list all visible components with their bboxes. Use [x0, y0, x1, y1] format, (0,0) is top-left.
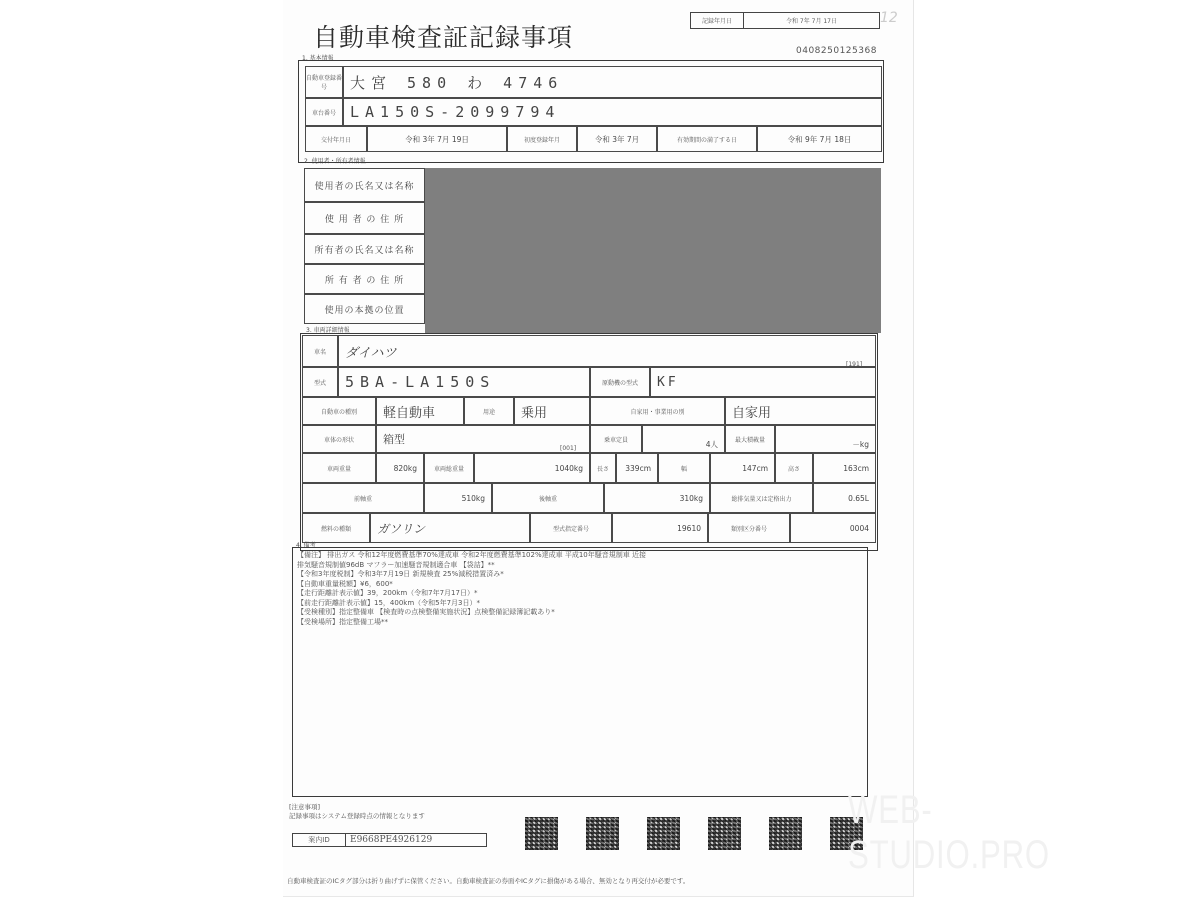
category-label: 類別区分番号 — [708, 513, 790, 543]
qr-code-icon — [525, 817, 558, 850]
registration-number: 大宮 580 わ 4746 — [343, 66, 882, 98]
remark-line: 【受検場所】指定整備工場** — [297, 618, 863, 628]
qr-code-icon — [586, 817, 619, 850]
guide-id-box: 案内ID E9668PE4926129 — [292, 833, 487, 847]
chassis-number-label: 車台番号 — [305, 98, 343, 126]
qr-code-icon — [647, 817, 680, 850]
notes-block: [注意事項] 記録事項はシステム登録時点の情報となります — [289, 803, 425, 821]
width-label: 幅 — [658, 453, 710, 483]
gross-weight: 1040kg — [474, 453, 590, 483]
record-date-label: 記録年月日 — [691, 13, 744, 28]
engine-model: KF — [650, 367, 876, 397]
redacted-personal-info — [425, 168, 881, 333]
body-shape: 箱型 — [376, 425, 590, 453]
remark-line: 【備注】 排出ガス 令和12年度燃費基準70%達成車 令和2年度燃費基準102%… — [297, 551, 863, 561]
remark-line: 【前走行距離計表示値】15，400km（令和5年7月3日）* — [297, 599, 863, 609]
front-axle: 510kg — [424, 483, 492, 513]
document-title: 自動車検査証記録事項 — [313, 18, 573, 54]
type-designation-label: 型式指定番号 — [530, 513, 612, 543]
model-label: 型式 — [302, 367, 338, 397]
capacity-label: 乗車定員 — [590, 425, 642, 453]
body-shape-code: [001] — [560, 445, 576, 452]
remark-line: 排気騒音規制値96dB マフラー加速騒音規制適合車 【袋詰】** — [297, 561, 863, 571]
engine-model-label: 原動機の型式 — [590, 367, 650, 397]
displacement: 0.65L — [813, 483, 876, 513]
remark-line: 【走行距離計表示値】39，200km（令和7年7月17日）* — [297, 589, 863, 599]
max-load: －kg — [775, 425, 876, 453]
notes-line: 記録事項はシステム登録時点の情報となります — [289, 812, 425, 821]
base-location-label: 使用の本拠の位置 — [304, 294, 425, 324]
capacity: 4人 — [642, 425, 725, 453]
category: 0004 — [790, 513, 876, 543]
gross-weight-label: 車両総重量 — [424, 453, 474, 483]
remarks-box: 【備注】 排出ガス 令和12年度燃費基準70%達成車 令和2年度燃費基準102%… — [292, 547, 868, 797]
maker-label: 車名 — [302, 335, 338, 367]
document-number: 0408250125368 — [796, 46, 877, 56]
expiry-date: 令和 9年 7月 18日 — [757, 126, 882, 152]
qr-code-icon — [708, 817, 741, 850]
owner-name-label: 所有者の氏名又は名称 — [304, 234, 425, 264]
margin-scribble: 12 — [880, 10, 898, 26]
max-load-label: 最大積載量 — [725, 425, 775, 453]
displacement-label: 総排気量又は定格出力 — [710, 483, 813, 513]
first-registration-label: 初度登録年月 — [507, 126, 577, 152]
height: 163cm — [813, 453, 876, 483]
vehicle-type: 軽自動車 — [376, 397, 464, 425]
rear-axle: 310kg — [604, 483, 710, 513]
rear-axle-label: 後軸重 — [492, 483, 604, 513]
model: 5BA-LA150S — [338, 367, 590, 397]
owner-address-label: 所 有 者 の 住 所 — [304, 264, 425, 294]
maker: ダイハツ — [338, 335, 876, 367]
type-designation: 19610 — [612, 513, 708, 543]
watermark: WEB-STUDIO.PRO — [848, 788, 1123, 878]
width: 147cm — [710, 453, 775, 483]
registration-number-label: 自動車登録番号 — [305, 66, 343, 98]
length: 339cm — [616, 453, 658, 483]
remark-line: 【受検種別】指定整備車 【検査時の点検整備実施状況】点検整備記録簿記載あり* — [297, 608, 863, 618]
remark-line: 【自動車重量税額】¥6，600* — [297, 580, 863, 590]
private-business: 自家用 — [725, 397, 876, 425]
vehicle-type-label: 自動車の種別 — [302, 397, 376, 425]
section-user-owner-heading: 2. 使用者・所有者情報 — [304, 156, 366, 165]
qr-code-icon — [769, 817, 802, 850]
user-address-label: 使 用 者 の 住 所 — [304, 202, 425, 234]
chassis-number: LA150S-2099794 — [343, 98, 882, 126]
body-shape-label: 車体の形状 — [302, 425, 376, 453]
issue-date-label: 交付年月日 — [305, 126, 367, 152]
private-business-label: 自家用・事業用の別 — [590, 397, 725, 425]
guide-id-value: E9668PE4926129 — [346, 834, 486, 846]
guide-id-label: 案内ID — [293, 834, 346, 846]
expiry-label: 有効期間の満了する日 — [657, 126, 757, 152]
remark-line: 【令和3年度税制】令和3年7月19日 新規検査 25%減税措置済み* — [297, 570, 863, 580]
use: 乗用 — [514, 397, 590, 425]
use-label: 用途 — [464, 397, 514, 425]
record-date-value: 令和 7年 7月 17日 — [744, 13, 879, 28]
length-label: 長さ — [590, 453, 616, 483]
notes-heading: [注意事項] — [289, 803, 425, 812]
fuel: ガソリン — [370, 513, 530, 543]
weight-label: 車両重量 — [302, 453, 376, 483]
front-axle-label: 前軸重 — [302, 483, 424, 513]
user-name-label: 使用者の氏名又は名称 — [304, 168, 425, 202]
record-date-box: 記録年月日 令和 7年 7月 17日 — [690, 12, 880, 29]
issue-date: 令和 3年 7月 19日 — [367, 126, 507, 152]
weight: 820kg — [376, 453, 424, 483]
first-registration: 令和 3年 7月 — [577, 126, 657, 152]
footer-note: 自動車検査証のICタグ部分は折り曲げずに保管ください。自動車検査証の券面やICタ… — [287, 876, 689, 885]
fuel-label: 燃料の種類 — [302, 513, 370, 543]
height-label: 高さ — [775, 453, 813, 483]
